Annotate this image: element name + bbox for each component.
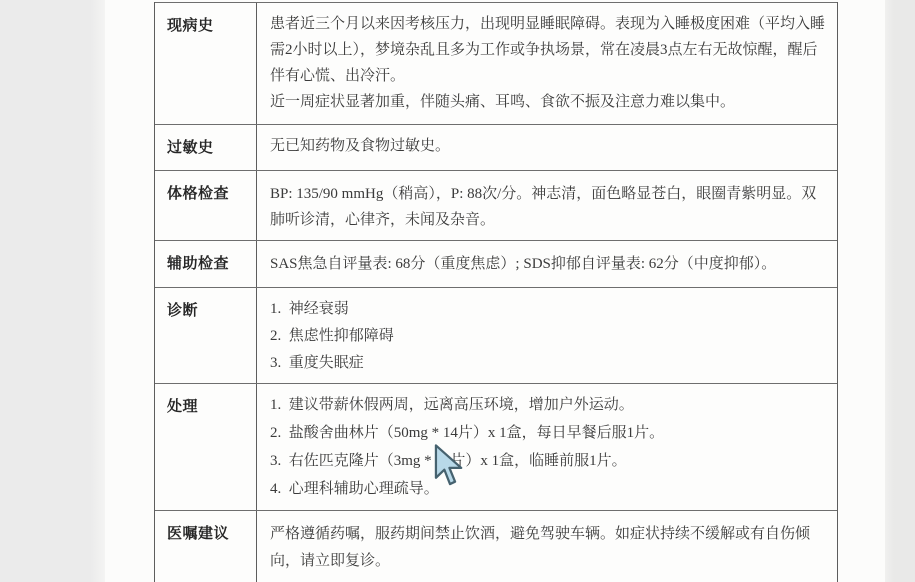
content-line: 1. 神经衰弱 — [270, 296, 831, 323]
table-row-auxiliary-exam: 辅助检查 SAS焦急自评量表: 68分（重度焦虑）; SDS抑郁自评量表: 62… — [155, 240, 837, 287]
content-line: 患者近三个月以来因考核压力，出现明显睡眠障碍。表现为入睡极度困难（平均入睡需2小… — [270, 11, 831, 89]
row-content: 无已知药物及食物过敏史。 — [257, 125, 837, 170]
content-line: 3. 右佐匹克隆片（3mg * 10片）x 1盒，临睡前服1片。 — [270, 447, 831, 475]
row-content: BP: 135/90 mmHg（稍高），P: 88次/分。神志清，面色略显苍白，… — [257, 171, 837, 240]
content-line: BP: 135/90 mmHg（稍高），P: 88次/分。神志清，面色略显苍白，… — [270, 181, 831, 233]
content-line: 无已知药物及食物过敏史。 — [270, 133, 831, 159]
content-line: 2. 焦虑性抑郁障碍 — [270, 323, 831, 350]
content-line: 1. 建议带薪休假两周，远离高压环境，增加户外运动。 — [270, 391, 831, 419]
row-label: 过敏史 — [155, 125, 257, 170]
row-content: 1. 神经衰弱 2. 焦虑性抑郁障碍 3. 重度失眠症 — [257, 288, 837, 383]
row-label: 诊断 — [155, 288, 257, 383]
content-line: 4. 心理科辅助心理疏导。 — [270, 475, 831, 503]
row-content: 严格遵循药嘱，服药期间禁止饮酒，避免驾驶车辆。如症状持续不缓解或有自伤倾向，请立… — [257, 511, 837, 582]
content-line: 3. 重度失眠症 — [270, 350, 831, 377]
content-line: 2. 盐酸舍曲林片（50mg * 14片）x 1盒，每日早餐后服1片。 — [270, 419, 831, 447]
row-label: 现病史 — [155, 3, 257, 124]
table-row-diagnosis: 诊断 1. 神经衰弱 2. 焦虑性抑郁障碍 3. 重度失眠症 — [155, 287, 837, 383]
row-label: 辅助检查 — [155, 241, 257, 287]
content-line: 近一周症状显著加重，伴随头痛、耳鸣、食欲不振及注意力难以集中。 — [270, 89, 831, 115]
table-row-treatment: 处理 1. 建议带薪休假两周，远离高压环境，增加户外运动。 2. 盐酸舍曲林片（… — [155, 383, 837, 510]
row-content: 1. 建议带薪休假两周，远离高压环境，增加户外运动。 2. 盐酸舍曲林片（50m… — [257, 384, 837, 510]
medical-record-table: 现病史 患者近三个月以来因考核压力，出现明显睡眠障碍。表现为入睡极度困难（平均入… — [154, 2, 838, 582]
row-content: SAS焦急自评量表: 68分（重度焦虑）; SDS抑郁自评量表: 62分（中度抑… — [257, 241, 837, 287]
row-label: 体格检查 — [155, 171, 257, 240]
content-line: 严格遵循药嘱，服药期间禁止饮酒，避免驾驶车辆。如症状持续不缓解或有自伤倾向，请立… — [270, 521, 831, 575]
left-gutter — [0, 0, 105, 582]
right-gutter — [885, 0, 915, 582]
table-row-physical-exam: 体格检查 BP: 135/90 mmHg（稍高），P: 88次/分。神志清，面色… — [155, 170, 837, 240]
row-label: 处理 — [155, 384, 257, 510]
row-label: 医嘱建议 — [155, 511, 257, 582]
table-row-allergy-history: 过敏史 无已知药物及食物过敏史。 — [155, 124, 837, 170]
content-line: SAS焦急自评量表: 68分（重度焦虑）; SDS抑郁自评量表: 62分（中度抑… — [270, 251, 831, 277]
screen: 现病史 患者近三个月以来因考核压力，出现明显睡眠障碍。表现为入睡极度困难（平均入… — [0, 0, 915, 582]
row-content: 患者近三个月以来因考核压力，出现明显睡眠障碍。表现为入睡极度困难（平均入睡需2小… — [257, 3, 837, 124]
table-row-doctor-advice: 医嘱建议 严格遵循药嘱，服药期间禁止饮酒，避免驾驶车辆。如症状持续不缓解或有自伤… — [155, 510, 837, 582]
table-row-present-illness: 现病史 患者近三个月以来因考核压力，出现明显睡眠障碍。表现为入睡极度困难（平均入… — [155, 2, 837, 124]
